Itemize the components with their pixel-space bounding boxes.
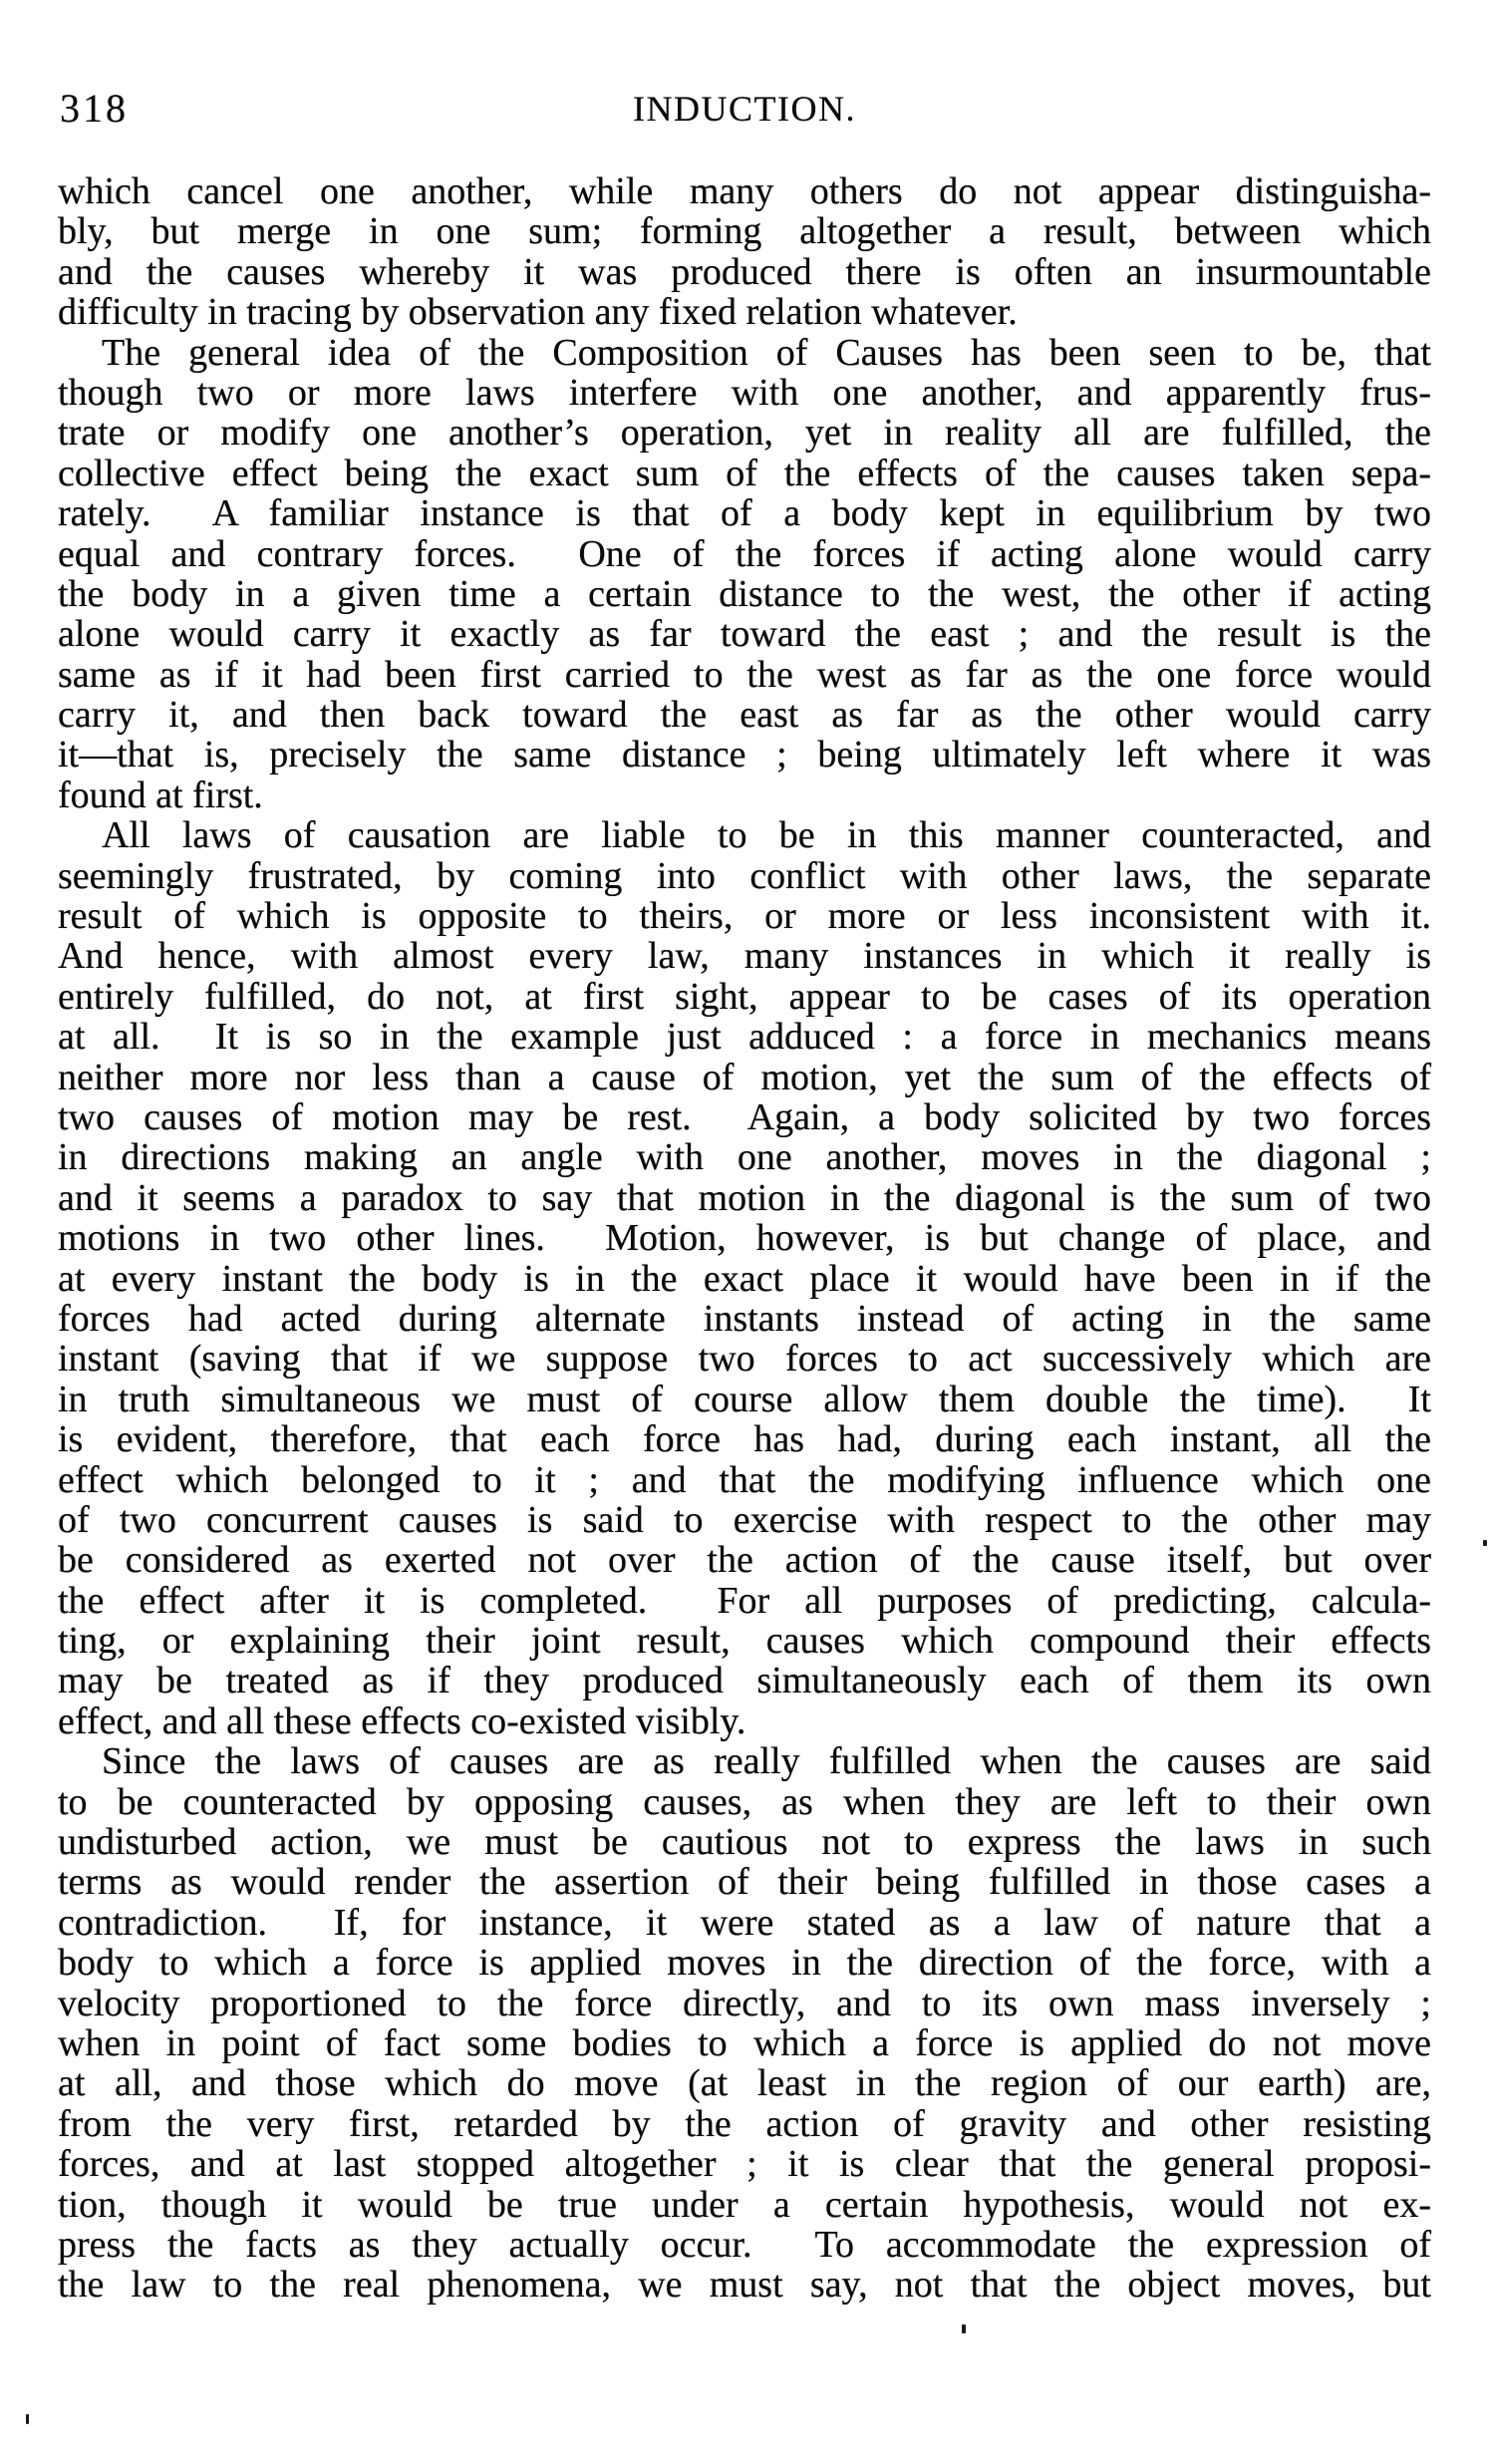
text-line: when in point of fact some bodies to whi… xyxy=(58,2023,1431,2063)
text-line: terms as would render the assertion of t… xyxy=(58,1862,1431,1902)
text-line: velocity proportioned to the force direc… xyxy=(58,1984,1431,2023)
text-line: result of which is opposite to theirs, o… xyxy=(58,896,1431,936)
page-header: 318 INDUCTION. xyxy=(58,86,1431,132)
text-line: same as if it had been first carried to … xyxy=(58,655,1431,695)
text-line: may be treated as if they produced simul… xyxy=(58,1661,1431,1700)
text-line: ting, or explaining their joint result, … xyxy=(58,1621,1431,1661)
text-line: of two concurrent causes is said to exer… xyxy=(58,1500,1431,1540)
text-line: contradiction. If, for instance, it were… xyxy=(58,1903,1431,1943)
text-line: press the facts as they actually occur. … xyxy=(58,2225,1431,2265)
scan-artifact xyxy=(26,2414,29,2424)
text-line: at all. It is so in the example just add… xyxy=(58,1017,1431,1057)
text-line: at every instant the body is in the exac… xyxy=(58,1259,1431,1299)
text-line: carry it, and then back toward the east … xyxy=(58,695,1431,735)
text-line: in directions making an angle with one a… xyxy=(58,1137,1431,1177)
text-line: at all, and those which do move (at leas… xyxy=(58,2063,1431,2103)
text-line: Since the laws of causes are as really f… xyxy=(58,1741,1431,1781)
text-line: forces, and at last stopped altogether ;… xyxy=(58,2144,1431,2184)
text-line: tion, though it would be true under a ce… xyxy=(58,2185,1431,2225)
text-line: effect which belonged to it ; and that t… xyxy=(58,1460,1431,1500)
text-line: And hence, with almost every law, many i… xyxy=(58,936,1431,976)
text-line: instant (saving that if we suppose two f… xyxy=(58,1339,1431,1379)
text-line: The general idea of the Composition of C… xyxy=(58,333,1431,373)
text-line: forces had acted during alternate instan… xyxy=(58,1299,1431,1339)
scan-artifact xyxy=(962,2324,966,2333)
text-line: trate or modify one another’s operation,… xyxy=(58,413,1431,453)
text-line: alone would carry it exactly as far towa… xyxy=(58,614,1431,654)
text-line: body to which a force is applied moves i… xyxy=(58,1943,1431,1983)
text-line: the effect after it is completed. For al… xyxy=(58,1581,1431,1621)
text-line: neither more nor less than a cause of mo… xyxy=(58,1058,1431,1097)
running-head: INDUCTION. xyxy=(58,86,1431,132)
text-line: is evident, therefore, that each force h… xyxy=(58,1419,1431,1459)
text-line: entirely fulfilled, do not, at first sig… xyxy=(58,977,1431,1017)
text-line: rately. A familiar instance is that of a… xyxy=(58,493,1431,533)
text-line: difficulty in tracing by observation any… xyxy=(58,292,1431,332)
text-line: the body in a given time a certain dista… xyxy=(58,574,1431,614)
text-line: found at first. xyxy=(58,775,1431,815)
text-line: All laws of causation are liable to be i… xyxy=(58,815,1431,855)
text-line: and the causes whereby it was produced t… xyxy=(58,252,1431,292)
scan-artifact xyxy=(1483,1540,1487,1546)
text-block: which cancel one another, while many oth… xyxy=(58,171,1431,2306)
text-line: in truth simultaneous we must of course … xyxy=(58,1380,1431,1419)
text-line: effect, and all these effects co-existed… xyxy=(58,1701,1431,1741)
text-line: bly, but merge in one sum; forming altog… xyxy=(58,211,1431,251)
text-line: seemingly frustrated, by coming into con… xyxy=(58,856,1431,896)
text-line: motions in two other lines. Motion, howe… xyxy=(58,1218,1431,1258)
text-line: be considered as exerted not over the ac… xyxy=(58,1540,1431,1580)
text-line: the law to the real phenomena, we must s… xyxy=(58,2265,1431,2305)
text-line: from the very first, retarded by the act… xyxy=(58,2104,1431,2144)
text-line: to be counteracted by opposing causes, a… xyxy=(58,1782,1431,1822)
text-line: two causes of motion may be rest. Again,… xyxy=(58,1097,1431,1137)
text-line: and it seems a paradox to say that motio… xyxy=(58,1178,1431,1218)
text-line: though two or more laws interfere with o… xyxy=(58,373,1431,413)
text-line: which cancel one another, while many oth… xyxy=(58,171,1431,211)
text-line: collective effect being the exact sum of… xyxy=(58,454,1431,493)
book-page-scan: 318 INDUCTION. which cancel one another,… xyxy=(0,0,1490,2464)
text-line: equal and contrary forces. One of the fo… xyxy=(58,534,1431,574)
text-line: it—that is, precisely the same distance … xyxy=(58,735,1431,774)
text-line: undisturbed action, we must be cautious … xyxy=(58,1822,1431,1862)
